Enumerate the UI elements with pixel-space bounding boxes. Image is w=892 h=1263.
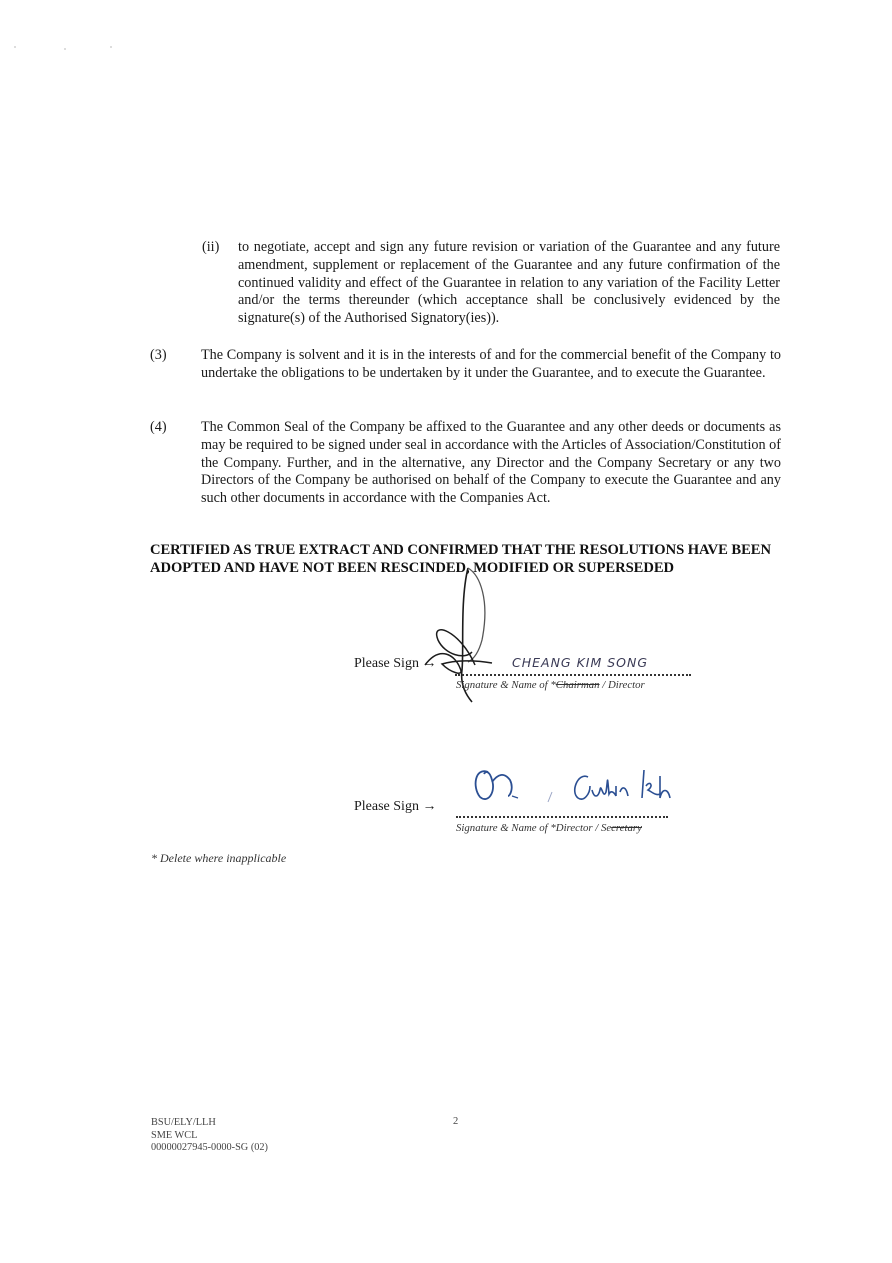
signature-caption: Signature & Name of *Director / Secretar… xyxy=(456,822,642,834)
struck-text: Chairman xyxy=(556,679,600,691)
footer-line: SME WCL xyxy=(151,1130,268,1143)
scan-speck xyxy=(110,46,112,48)
signature-caption: Signature & Name of *Chairman / Director xyxy=(456,679,645,691)
signature-line[interactable] xyxy=(456,816,668,818)
caption-text: / Director xyxy=(600,679,645,691)
page-number: 2 xyxy=(453,1116,458,1127)
footer-line: BSU/ELY/LLH xyxy=(151,1117,268,1130)
clause-text: to negotiate, accept and sign any future… xyxy=(238,239,780,328)
scan-speck xyxy=(14,46,16,48)
scan-speck xyxy=(64,48,66,50)
caption-text: Signature & Name of * xyxy=(456,679,556,691)
clause-number: (4) xyxy=(150,419,167,437)
struck-text: cretary xyxy=(611,822,642,834)
signature-line[interactable] xyxy=(455,674,691,676)
caption-text: Signature & Name of *Director / Se xyxy=(456,822,611,834)
clause-text: The Common Seal of the Company be affixe… xyxy=(201,419,781,508)
clause-number: (ii) xyxy=(202,239,219,257)
delete-note: * Delete where inapplicable xyxy=(151,851,286,866)
please-sign-label: Please Sign → xyxy=(354,799,436,815)
clause-number: (3) xyxy=(150,347,167,365)
handwritten-name-1: CHEANG KIM SONG xyxy=(512,655,648,670)
footer-reference: BSU/ELY/LLH SME WCL 00000027945-0000-SG … xyxy=(151,1117,268,1155)
clause-text: The Company is solvent and it is in the … xyxy=(201,347,781,383)
signature-mark-director xyxy=(470,762,690,812)
footer-line: 00000027945-0000-SG (02) xyxy=(151,1142,268,1155)
